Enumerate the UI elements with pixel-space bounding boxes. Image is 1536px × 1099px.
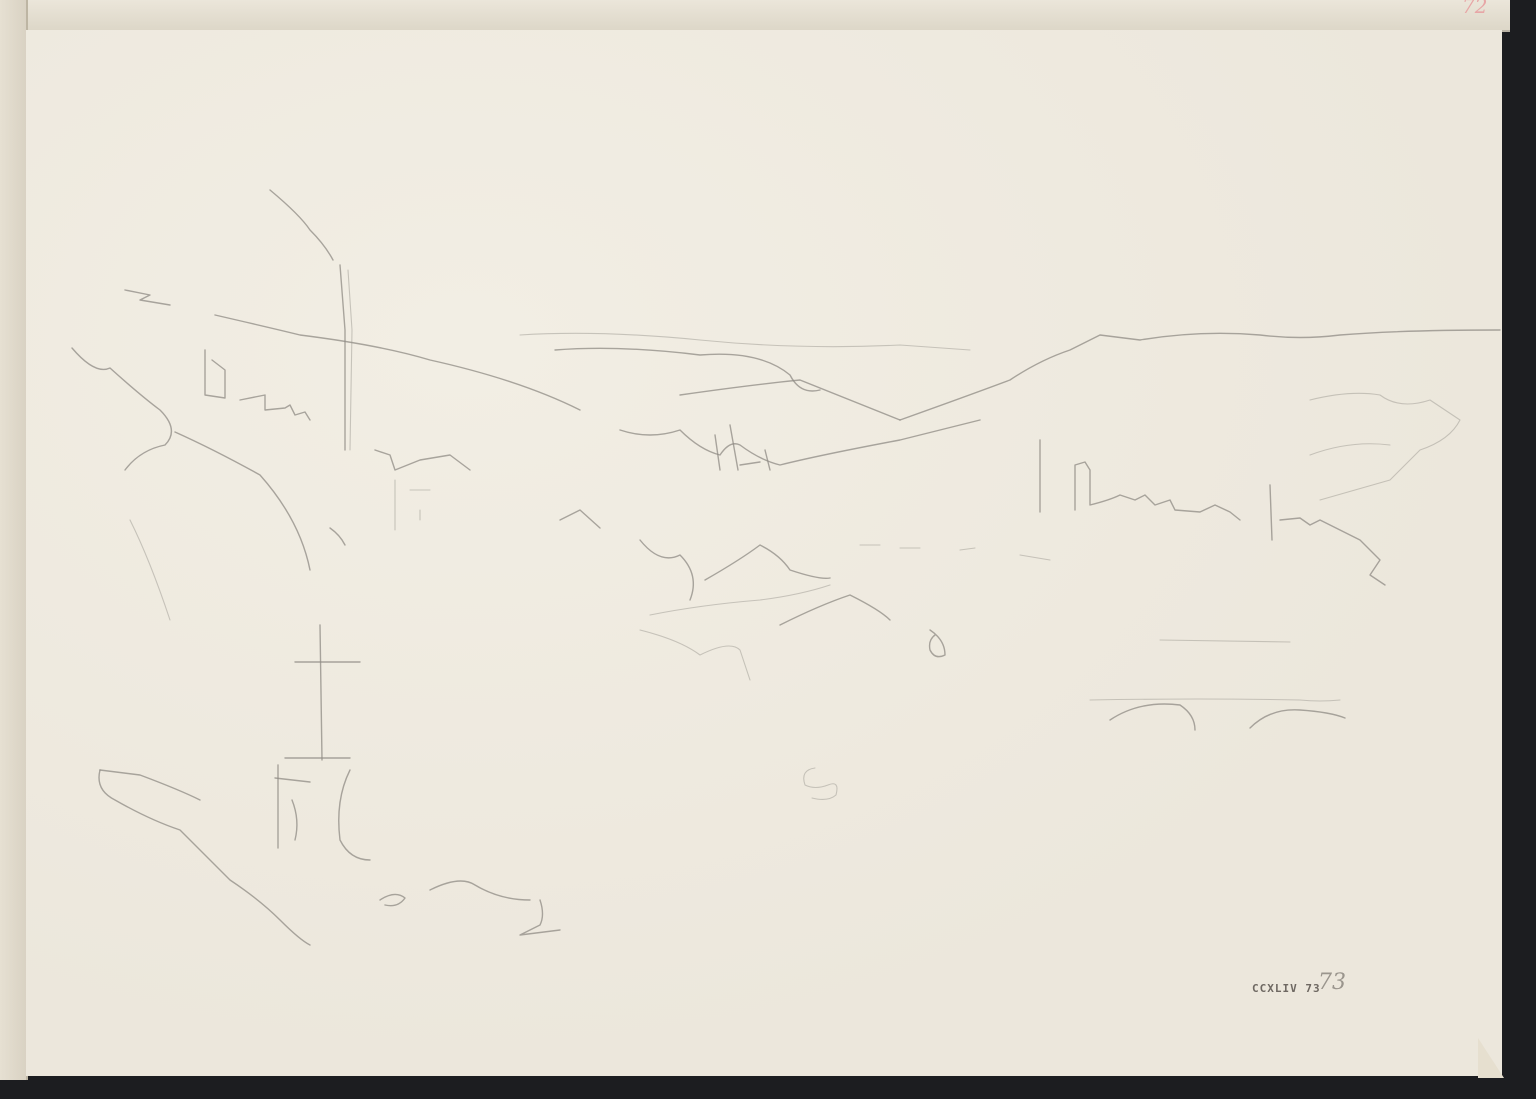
landscape-sketch bbox=[26, 30, 1502, 1076]
folded-corner bbox=[1478, 1038, 1504, 1078]
red-folio-number: 72 bbox=[1462, 0, 1487, 18]
inventory-stamp: CCXLIV 73 bbox=[1252, 982, 1321, 995]
previous-page-fold: 72 bbox=[0, 0, 1510, 32]
sketch-sheet bbox=[26, 30, 1502, 1076]
pencil-folio-number: 73 bbox=[1318, 970, 1346, 995]
left-page-edge bbox=[0, 0, 28, 1080]
